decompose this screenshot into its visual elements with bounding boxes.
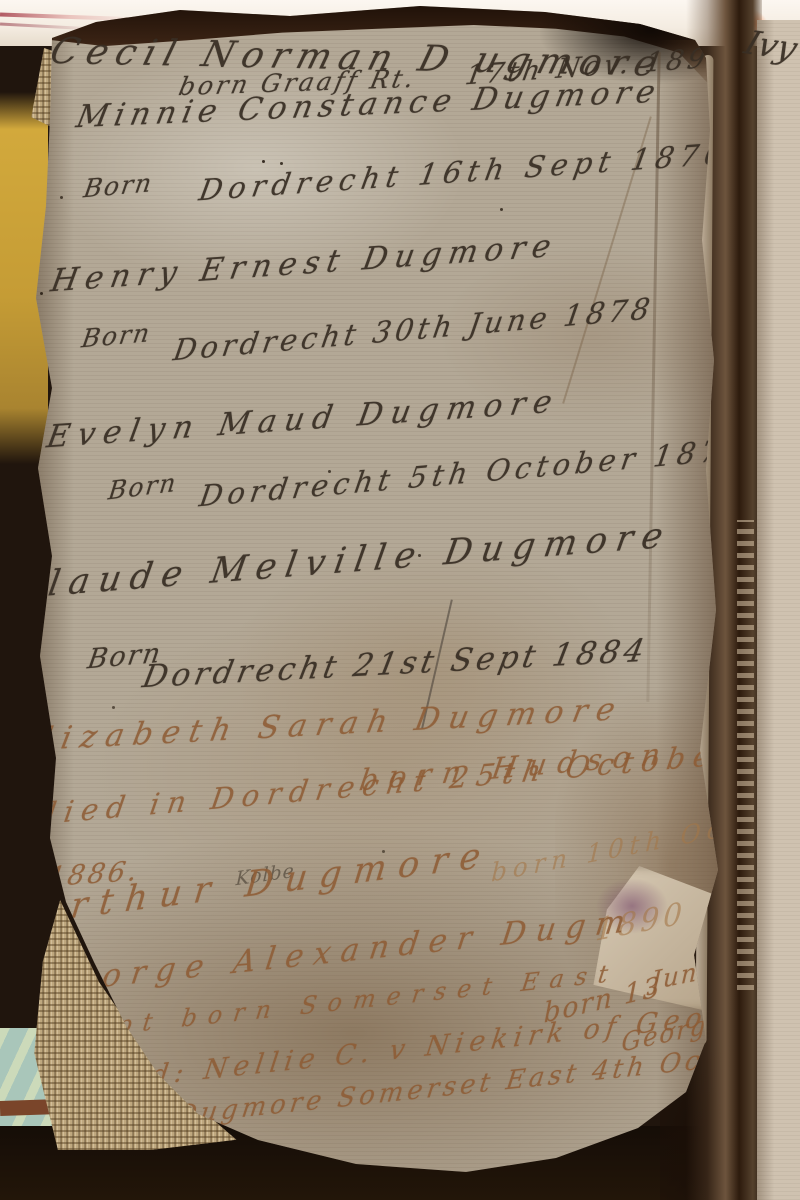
henry-name-line: Henry Ernest Dugmore: [48, 231, 560, 298]
binding-stitches: [737, 520, 754, 990]
ink-speckles: [262, 160, 265, 163]
evelyn-name-line: Evelyn Maud Dugmore: [44, 386, 562, 453]
page-stub-ridge: [713, 330, 721, 1050]
minnie-born-label: Born: [82, 170, 155, 202]
henry-birthdate-line: Dordrecht 30th June 1878: [171, 294, 655, 365]
adjacent-page: [757, 20, 800, 1200]
henry-born-label: Born: [80, 320, 153, 352]
adjacent-page-handwriting: Ivy: [740, 26, 800, 65]
evelyn-born-label: Born: [107, 470, 179, 504]
book-flyleaf-photo: Ivy Cecil Norman D ugmore born Graaff Rt…: [0, 0, 800, 1200]
minnie-birthdate-line: Dordrecht 16th Sept 1876: [197, 139, 732, 205]
